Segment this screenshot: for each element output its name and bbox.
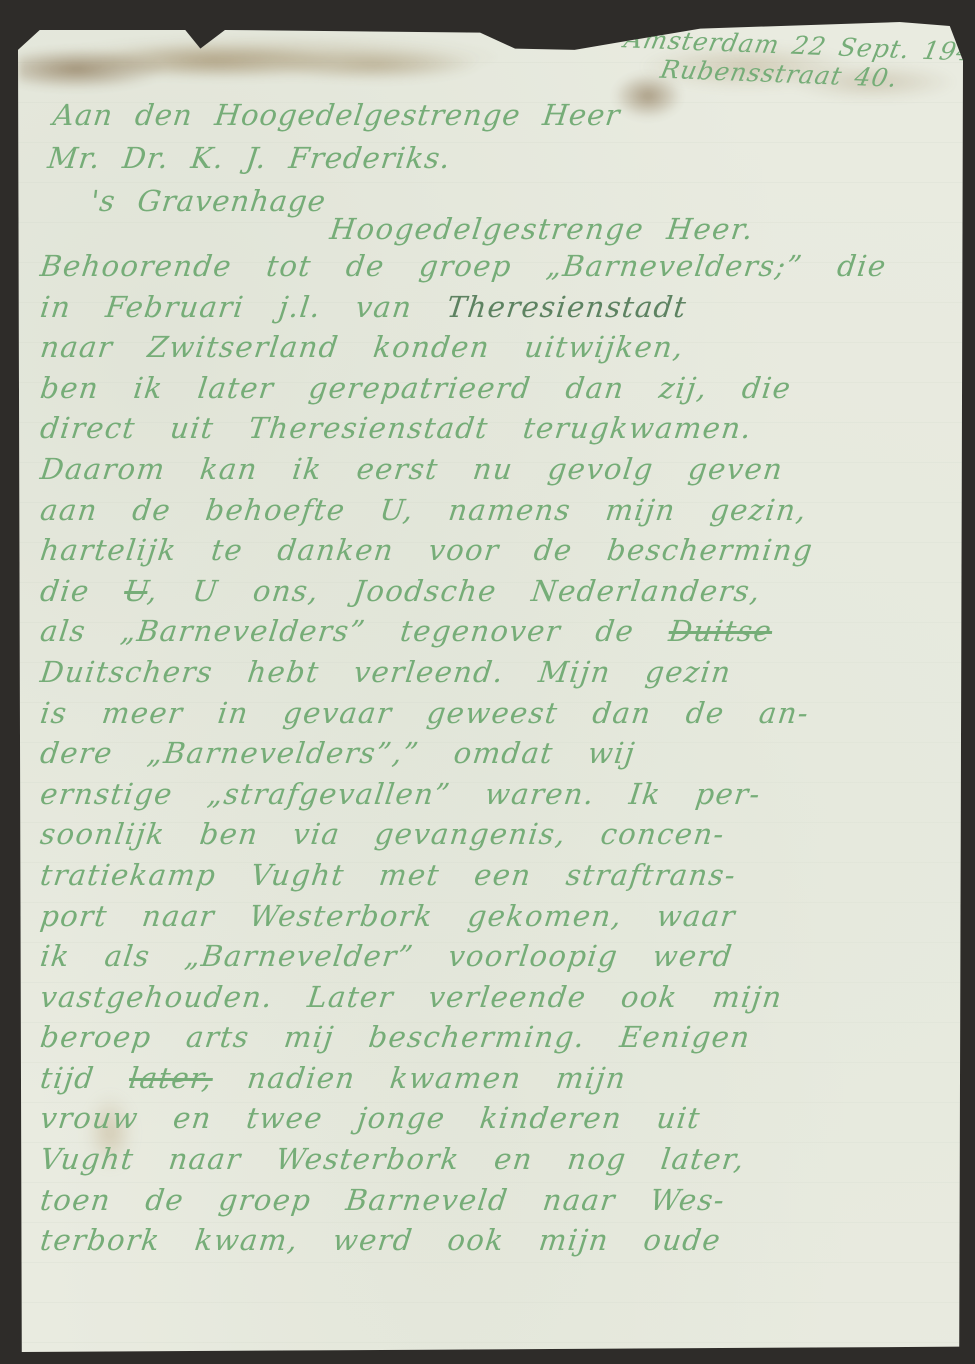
letter-text: die: [38, 574, 126, 608]
letter-text: vrouw en twee jonge kinderen uit: [38, 1101, 702, 1135]
letter-line: ik als „Barnevelder” voorloopig werd: [38, 936, 958, 977]
letter-line: terbork kwam, werd ook mijn oude: [38, 1220, 958, 1261]
letter-text: ik als „Barnevelder” voorloopig werd: [38, 939, 734, 973]
letter-page: Amsterdam 22 Sept. 1945 Rubensstraat 40.…: [18, 22, 963, 1352]
letter-line: is meer in gevaar geweest dan de an-: [38, 693, 958, 734]
letter-text: , U ons, Joodsche Nederlanders,: [145, 574, 762, 608]
stain-top-left: [18, 26, 668, 104]
letter-text: beroep arts mij bescherming. Eenigen: [38, 1020, 752, 1054]
letter-text: ernstige „strafgevallen” waren. Ik per-: [38, 777, 762, 811]
letter-line: dere „Barnevelders”,” omdat wij: [38, 733, 958, 774]
letter-text: Duitschers hebt verleend. Mijn gezin: [38, 655, 733, 689]
letter-text: ben ik later gerepatrieerd dan zij, die: [38, 371, 793, 405]
letter-text: Theresienstadt: [445, 290, 689, 324]
letter-line: Duitschers hebt verleend. Mijn gezin: [38, 652, 958, 693]
date-block: Amsterdam 22 Sept. 1945 Rubensstraat 40.: [616, 24, 975, 96]
letter-text: in Februari j.l. van: [38, 290, 449, 324]
letter-text: als „Barnevelders” tegenover de: [38, 614, 671, 648]
letter-text: is meer in gevaar geweest dan de an-: [38, 696, 811, 730]
letter-line: Daarom kan ik eerst nu gevolg geven: [38, 449, 958, 490]
letter-line: vastgehouden. Later verleende ook mijn: [38, 977, 958, 1018]
letter-text: toen de groep Barneveld naar Wes-: [38, 1183, 727, 1217]
letter-body: Behoorende tot de groep „Barnevelders;” …: [38, 246, 953, 1261]
letter-line: Vught naar Westerbork en nog later,: [38, 1139, 958, 1180]
letter-text: Vught naar Westerbork en nog later,: [38, 1142, 746, 1176]
struck-text: later,: [127, 1061, 215, 1095]
recipient-line: Mr. Dr. K. J. Frederiks.: [45, 137, 617, 180]
letter-line: direct uit Theresienstadt terugkwamen.: [38, 408, 958, 449]
letter-line: in Februari j.l. van Theresienstadt: [38, 287, 958, 328]
recipient-block: Aan den Hoogedelgestrenge Heer Mr. Dr. K…: [40, 94, 623, 223]
letter-text: port naar Westerbork gekomen, waar: [38, 899, 738, 933]
letter-text: Behoorende tot de groep „Barnevelders;” …: [38, 249, 888, 283]
recipient-line: Aan den Hoogedelgestrenge Heer: [51, 94, 623, 137]
letter-text: soonlijk ben via gevangenis, concen-: [38, 817, 727, 851]
letter-line: vrouw en twee jonge kinderen uit: [38, 1098, 958, 1139]
letter-text: Daarom kan ik eerst nu gevolg geven: [38, 452, 785, 486]
letter-text: tratiekamp Vught met een straftrans-: [38, 858, 738, 892]
letter-text: tijd: [38, 1061, 131, 1095]
letter-line: tratiekamp Vught met een straftrans-: [38, 855, 958, 896]
struck-text: Duitse: [667, 614, 774, 648]
letter-line: als „Barnevelders” tegenover de Duitse: [38, 611, 958, 652]
letter-line: beroep arts mij bescherming. Eenigen: [38, 1017, 958, 1058]
letter-text: vastgehouden. Later verleende ook mijn: [38, 980, 784, 1014]
letter-line: toen de groep Barneveld naar Wes-: [38, 1180, 958, 1221]
letter-line: ernstige „strafgevallen” waren. Ik per-: [38, 774, 958, 815]
letter-text: hartelijk te danken voor de bescherming: [38, 533, 815, 567]
salutation: Hoogedelgestrenge Heer.: [328, 212, 756, 246]
letter-text: naar Zwitserland konden uitwijken,: [38, 330, 686, 364]
letter-text: terbork kwam, werd ook mijn oude: [38, 1223, 723, 1257]
letter-line: die U, U ons, Joodsche Nederlanders,: [38, 571, 958, 612]
letter-line: port naar Westerbork gekomen, waar: [38, 896, 958, 937]
letter-line: soonlijk ben via gevangenis, concen-: [38, 814, 958, 855]
letter-text: direct uit Theresienstadt terugkwamen.: [38, 411, 754, 445]
letter-text: nadien kwamen mijn: [211, 1061, 629, 1095]
letter-line: hartelijk te danken voor de bescherming: [38, 530, 958, 571]
photo-background: Amsterdam 22 Sept. 1945 Rubensstraat 40.…: [0, 0, 975, 1364]
letter-text: aan de behoefte U, namens mijn gezin,: [38, 493, 809, 527]
letter-line: tijd later, nadien kwamen mijn: [38, 1058, 958, 1099]
letter-line: aan de behoefte U, namens mijn gezin,: [38, 490, 958, 531]
letter-text: dere „Barnevelders”,” omdat wij: [38, 736, 637, 770]
letter-line: naar Zwitserland konden uitwijken,: [38, 327, 958, 368]
letter-line: ben ik later gerepatrieerd dan zij, die: [38, 368, 958, 409]
letter-line: Behoorende tot de groep „Barnevelders;” …: [38, 246, 958, 287]
